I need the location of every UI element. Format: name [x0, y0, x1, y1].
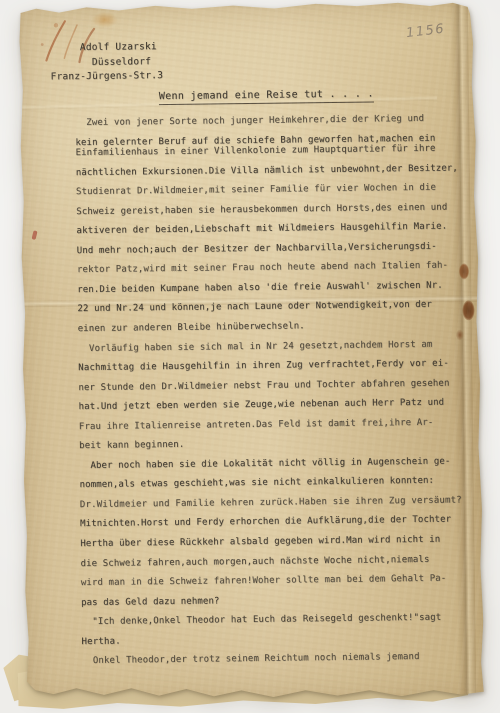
manuscript-page: 1156 Adolf Uzarski DüsseldorfFranz-Jürge…	[0, 0, 500, 713]
paper-sheet: 1156 Adolf Uzarski DüsseldorfFranz-Jürge…	[18, 1, 484, 703]
author-street: Franz-Jürgens-Str.3	[51, 69, 164, 85]
typed-body: Zwei von jener Sorte noch junger Heimkeh…	[75, 109, 464, 671]
red-pencil-mark	[32, 230, 38, 240]
photo-background: 1156 Adolf Uzarski DüsseldorfFranz-Jürge…	[0, 0, 500, 713]
stain-mark	[462, 300, 474, 320]
typed-line: Onkel Theodor,der trotz seinem Reichtum …	[82, 648, 464, 672]
author-address-block: Adolf Uzarski DüsseldorfFranz-Jürgens-St…	[50, 40, 163, 85]
document-title: Wenn jemand eine Reise tut . . . .	[159, 88, 374, 104]
author-city: Düsseldorf	[50, 55, 163, 71]
author-name: Adolf Uzarski	[50, 40, 163, 56]
stain-mark	[92, 12, 118, 28]
stain-mark	[459, 263, 469, 279]
handwritten-page-number: 1156	[405, 22, 446, 41]
